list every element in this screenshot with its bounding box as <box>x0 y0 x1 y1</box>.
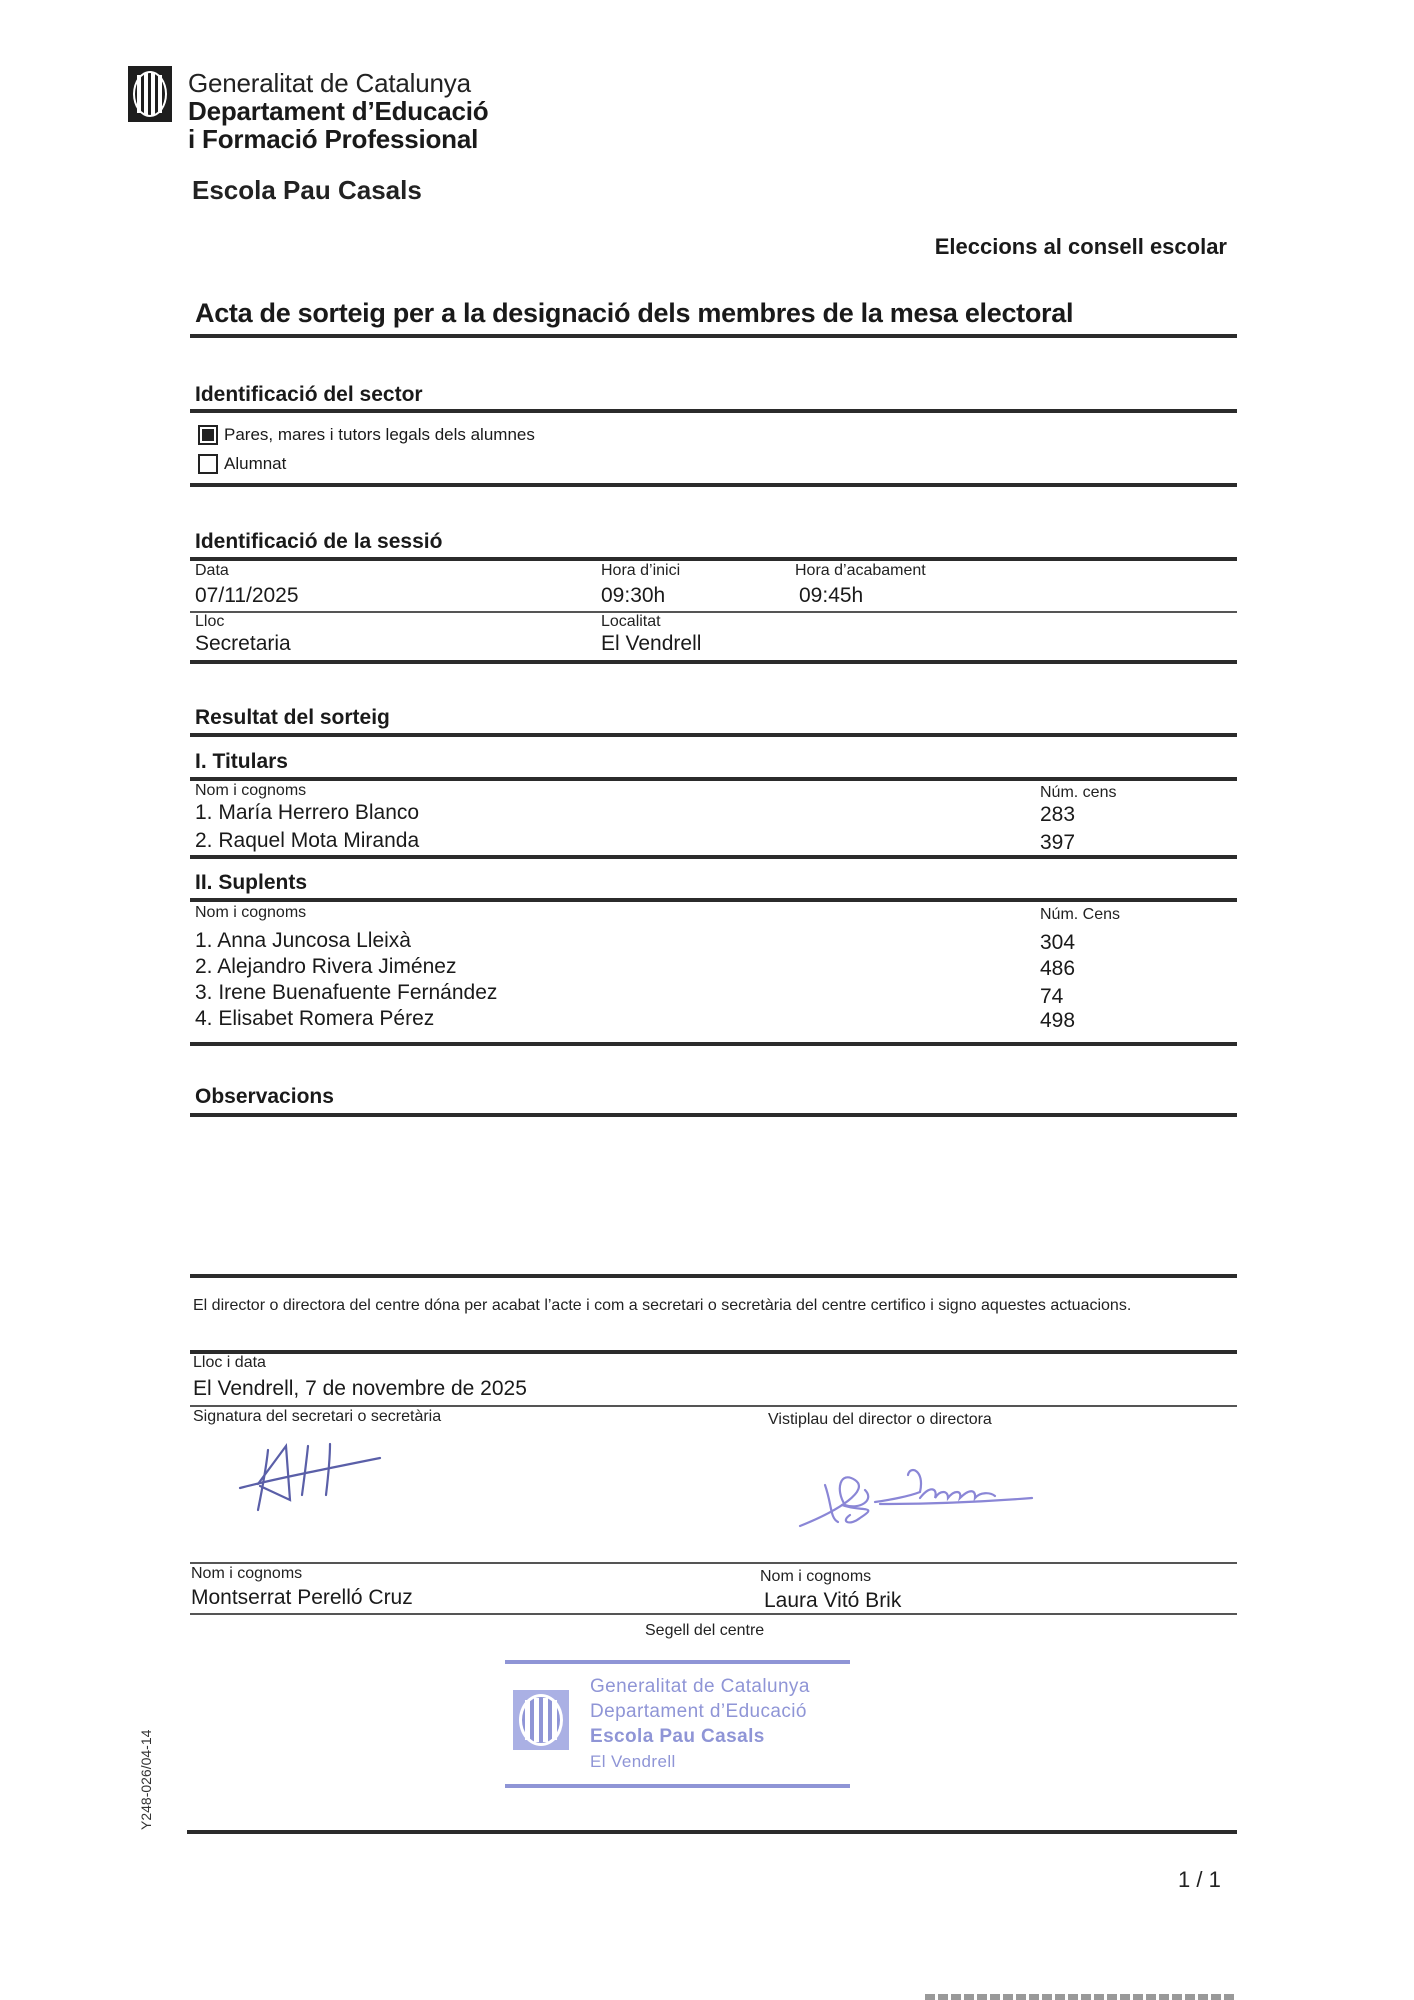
divider <box>190 334 1237 338</box>
secretary-name: Montserrat Perelló Cruz <box>191 1586 413 1610</box>
page-number: 1 / 1 <box>1178 1867 1221 1893</box>
suplents-name-header: Nom i cognoms <box>195 904 306 922</box>
document-type: Eleccions al consell escolar <box>935 234 1227 260</box>
divider <box>190 733 1237 737</box>
sector-option-students-checkbox[interactable] <box>198 454 218 474</box>
page-title: Acta de sorteig per a la designació dels… <box>195 298 1073 329</box>
suplent-census: 304 <box>1040 931 1075 955</box>
divider <box>190 611 1237 613</box>
suplent-name: 4. Elisabet Romera Pérez <box>195 1007 434 1031</box>
school-name: Escola Pau Casals <box>192 175 422 206</box>
divider <box>190 1113 1237 1117</box>
titulars-census-header: Núm. cens <box>1040 784 1116 802</box>
titulars-name-header: Nom i cognoms <box>195 782 306 800</box>
stamp-divider <box>505 1660 850 1664</box>
director-name: Laura Vitó Brik <box>764 1589 901 1613</box>
session-section-title: Identificació de la sessió <box>195 530 442 554</box>
director-signature-image <box>780 1460 1050 1550</box>
divider <box>190 483 1237 487</box>
date-value: 07/11/2025 <box>195 584 299 608</box>
org-name-line3: i Formació Professional <box>188 124 478 155</box>
divider <box>187 1830 1237 1834</box>
titular-name: 2. Raquel Mota Miranda <box>195 829 419 853</box>
place-date-value: El Vendrell, 7 de novembre de 2025 <box>193 1377 527 1401</box>
org-name-line1: Generalitat de Catalunya <box>188 68 471 99</box>
stamp-coat-of-arms-icon <box>513 1690 569 1750</box>
divider <box>190 660 1237 664</box>
generalitat-logo-icon <box>128 66 172 122</box>
divider <box>190 898 1237 902</box>
suplent-name: 2. Alejandro Rivera Jiménez <box>195 955 456 979</box>
divider <box>190 557 1237 561</box>
town-value: El Vendrell <box>601 632 701 656</box>
start-time-label: Hora d’inici <box>601 562 680 580</box>
suplent-census: 486 <box>1040 957 1075 981</box>
divider <box>190 1274 1237 1278</box>
seal-label: Segell del centre <box>645 1622 764 1640</box>
divider <box>190 409 1237 413</box>
result-section-title: Resultat del sorteig <box>195 706 390 730</box>
stamp-line4: El Vendrell <box>590 1752 676 1772</box>
sector-section-title: Identificació del sector <box>195 383 423 407</box>
town-label: Localitat <box>601 613 661 631</box>
form-code: Y248-026/04-14 <box>138 1730 154 1830</box>
titulars-title: I. Titulars <box>195 750 288 774</box>
sector-option-students-label: Alumnat <box>224 454 286 474</box>
divider <box>190 777 1237 781</box>
director-approval-label: Vistiplau del director o directora <box>768 1411 992 1429</box>
observations-title: Observacions <box>195 1085 334 1109</box>
suplent-name: 1. Anna Juncosa Lleixà <box>195 929 411 953</box>
titular-census: 283 <box>1040 803 1075 827</box>
divider <box>190 1405 1237 1407</box>
divider <box>190 1613 1237 1615</box>
place-value: Secretaria <box>195 632 291 656</box>
divider <box>190 855 1237 859</box>
stamp-line3: Escola Pau Casals <box>590 1726 765 1748</box>
suplent-name: 3. Irene Buenafuente Fernández <box>195 981 497 1005</box>
cropped-scan-fragment <box>925 1994 1235 2000</box>
stamp-divider <box>505 1784 850 1788</box>
suplent-census: 498 <box>1040 1009 1075 1033</box>
closing-statement: El director o directora del centre dóna … <box>193 1296 1237 1316</box>
suplent-census: 74 <box>1040 985 1063 1009</box>
secretary-name-label: Nom i cognoms <box>191 1565 302 1583</box>
start-time-value: 09:30h <box>601 584 665 608</box>
end-time-value: 09:45h <box>799 584 863 608</box>
place-date-label: Lloc i data <box>193 1354 266 1372</box>
secretary-signature-label: Signatura del secretari o secretària <box>193 1408 441 1426</box>
end-time-label: Hora d’acabament <box>795 562 926 580</box>
date-label: Data <box>195 562 229 580</box>
divider <box>190 1562 1237 1564</box>
place-label: Lloc <box>195 613 224 631</box>
director-name-label: Nom i cognoms <box>760 1568 871 1586</box>
sector-option-parents-label: Pares, mares i tutors legals dels alumne… <box>224 425 535 445</box>
titular-census: 397 <box>1040 831 1075 855</box>
secretary-signature-image <box>230 1440 400 1530</box>
sector-option-parents-checkbox[interactable] <box>198 425 218 445</box>
org-name-line2: Departament d’Educació <box>188 96 488 127</box>
divider <box>190 1350 1237 1354</box>
stamp-line1: Generalitat de Catalunya <box>590 1676 810 1698</box>
divider <box>190 1042 1237 1046</box>
suplents-census-header: Núm. Cens <box>1040 906 1120 924</box>
stamp-line2: Departament d’Educació <box>590 1701 807 1723</box>
suplents-title: II. Suplents <box>195 871 307 895</box>
titular-name: 1. María Herrero Blanco <box>195 801 419 825</box>
